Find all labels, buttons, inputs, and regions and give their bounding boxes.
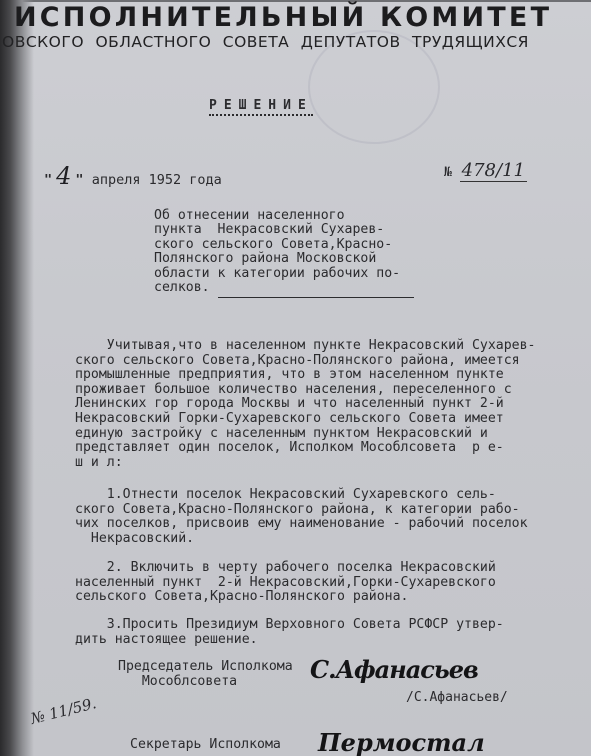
date-day: 4 (56, 162, 71, 190)
scan-edge-shadow (0, 0, 34, 756)
number-prefix: № (444, 165, 452, 180)
chairman-signature: С.Афанасьев (310, 655, 478, 684)
letterhead-subtitle: ОВСКОГО ОБЛАСТНОГО СОВЕТА ДЕПУТАТОВ ТРУД… (2, 33, 529, 51)
date-open-quote: " (44, 172, 52, 188)
letterhead-title: ИСПОЛНИТЕЛЬНЫЙ КОМИТЕТ (14, 2, 552, 33)
secretary-signature: Пермостал (318, 728, 485, 756)
date-month-year: апреля 1952 года (92, 172, 222, 188)
handwritten-margin-note: № 11/59. (29, 694, 98, 728)
chairman-name: /С.Афанасьев/ (406, 690, 508, 705)
document-date: "4" апреля 1952 года (44, 162, 222, 190)
document-type-heading: РЕШЕНИЕ (209, 98, 313, 116)
number-value: 478/11 (460, 160, 527, 182)
document-number: № 478/11 (444, 160, 527, 181)
resolution-item-2: 2. Включить в черту рабочего поселка Нек… (75, 561, 575, 605)
document-page: ИСПОЛНИТЕЛЬНЫЙ КОМИТЕТ ОВСКОГО ОБЛАСТНОГ… (0, 0, 591, 756)
preamble-paragraph: Учитывая,что в населенном пункте Некрасо… (75, 339, 575, 470)
document-subject: Об отнесении населенного пункта Некрасов… (154, 209, 424, 295)
resolution-item-1: 1.Отнести поселок Некрасовский Сухаревск… (75, 488, 575, 546)
resolution-item-3: 3.Просить Президиум Верховного Совета РС… (75, 618, 575, 647)
chairman-title: Председатель Исполкома Мособлсовета (118, 660, 293, 689)
secretary-title: Секретарь Исполкома (130, 737, 281, 752)
subject-underline (218, 297, 414, 298)
date-close-quote: " (75, 172, 83, 188)
